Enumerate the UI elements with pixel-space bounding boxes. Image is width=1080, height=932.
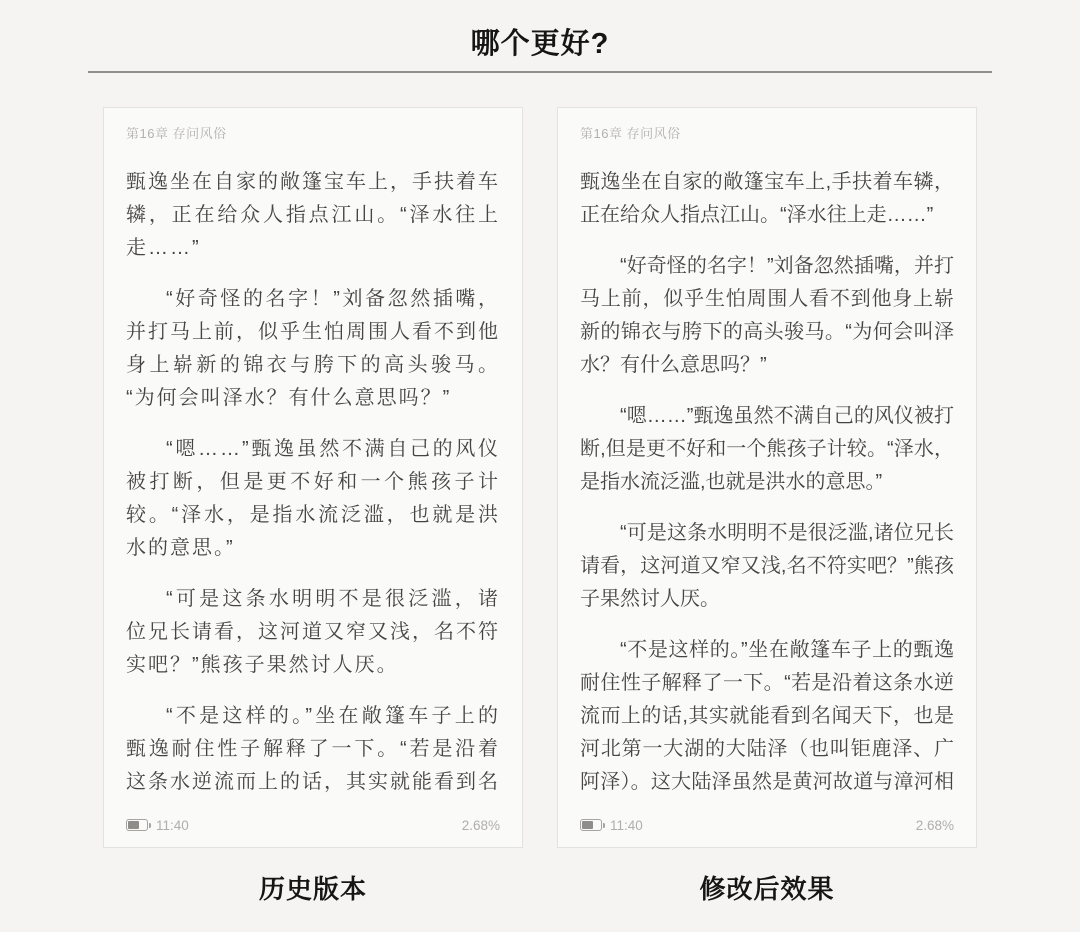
panel-column-right: 第16章 存问风俗 甄逸坐在自家的敞篷宝车上,手扶着车辚，正在给众人指点江山。“… (557, 107, 977, 906)
reading-progress: 2.68% (916, 818, 954, 833)
reading-progress: 2.68% (462, 818, 500, 833)
battery-nub (603, 823, 606, 828)
battery-nub (149, 823, 152, 828)
reader-page-left: 第16章 存问风俗 甄逸坐在自家的敞篷宝车上，手扶着车辚，正在给众人指点江山。“… (103, 107, 523, 848)
paragraph: “可是这条水明明不是很泛滥,诸位兄长请看，这河道又窄又浅,名不符实吧？”熊孩子果… (580, 517, 954, 616)
paragraph: “好奇怪的名字！”刘备忽然插嘴，并打马上前，似乎生怕周围人看不到他身上崭新的锦衣… (126, 283, 500, 415)
paragraph: 甄逸坐在自家的敞篷宝车上,手扶着车辚，正在给众人指点江山。“泽水往上走……” (580, 166, 954, 232)
comparison-slide: 哪个更好? 第16章 存问风俗 甄逸坐在自家的敞篷宝车上，手扶着车辚，正在给众人… (0, 0, 1080, 932)
chapter-header: 第16章 存问风俗 (580, 108, 954, 142)
paragraph: “不是这样的。”坐在敞篷车子上的甄逸耐住性子解释了一下。“若是沿着这条水逆流而上… (126, 700, 500, 794)
reader-body: 甄逸坐在自家的敞篷宝车上，手扶着车辚，正在给众人指点江山。“泽水往上走……”“好… (126, 166, 500, 794)
reader-footer: 11:40 2.68% (126, 803, 500, 847)
battery-icon (126, 819, 148, 831)
battery-fill (582, 821, 593, 829)
footer-left-group: 11:40 (580, 818, 643, 833)
paragraph: “可是这条水明明不是很泛滥，诸位兄长请看，这河道又窄又浅，名不符实吧？”熊孩子果… (126, 583, 500, 682)
footer-left-group: 11:40 (126, 818, 189, 833)
battery-fill (128, 821, 139, 829)
paragraph: “嗯……”甄逸虽然不满自己的风仪被打断,但是更不好和一个熊孩子计较。“泽水，是指… (580, 400, 954, 499)
paragraph: “不是这样的。”坐在敞篷车子上的甄逸耐住性子解释了一下。“若是沿着这条水逆流而上… (580, 634, 954, 794)
reader-body: 甄逸坐在自家的敞篷宝车上,手扶着车辚，正在给众人指点江山。“泽水往上走……”“好… (580, 166, 954, 794)
clock-text: 11:40 (610, 818, 643, 833)
clock-text: 11:40 (156, 818, 189, 833)
panel-column-left: 第16章 存问风俗 甄逸坐在自家的敞篷宝车上，手扶着车辚，正在给众人指点江山。“… (103, 107, 523, 906)
reader-footer: 11:40 2.68% (580, 803, 954, 847)
chapter-header: 第16章 存问风俗 (126, 108, 500, 142)
reader-page-right: 第16章 存问风俗 甄逸坐在自家的敞篷宝车上,手扶着车辚，正在给众人指点江山。“… (557, 107, 977, 848)
page-title: 哪个更好? (0, 21, 1080, 62)
paragraph: “好奇怪的名字！”刘备忽然插嘴，并打马上前，似乎生怕周围人看不到他身上崭新的锦衣… (580, 250, 954, 382)
title-divider (88, 71, 992, 73)
caption-right: 修改后效果 (557, 869, 977, 906)
paragraph: “嗯……”甄逸虽然不满自己的风仪被打断，但是更不好和一个熊孩子计较。“泽水，是指… (126, 433, 500, 565)
paragraph: 甄逸坐在自家的敞篷宝车上，手扶着车辚，正在给众人指点江山。“泽水往上走……” (126, 166, 500, 265)
battery-icon (580, 819, 602, 831)
caption-left: 历史版本 (103, 869, 523, 906)
